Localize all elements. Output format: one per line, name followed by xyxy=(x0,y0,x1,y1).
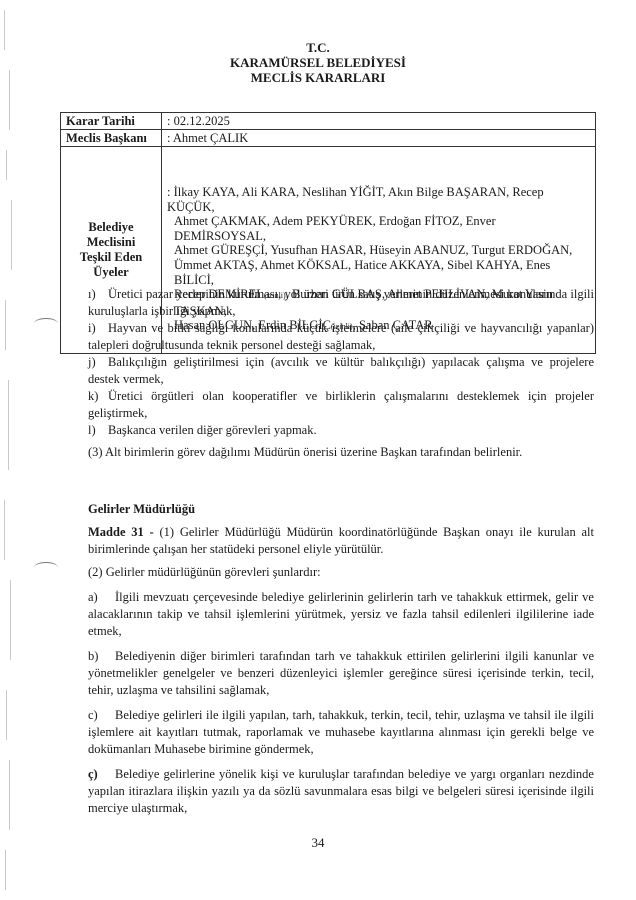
list-marker: ç) xyxy=(88,766,115,783)
members-line: : İlkay KAYA, Ali KARA, Neslihan YİĞİT, … xyxy=(167,185,590,214)
list-marker: b) xyxy=(88,648,115,665)
members-label-line: Belediye xyxy=(66,220,156,235)
document-header: T.C. KARAMÜRSEL BELEDİYESİ MECLİS KARARL… xyxy=(0,40,636,85)
section-title: Gelirler Müdürlüğü xyxy=(88,501,594,518)
list-item: i)Hayvan ve bitki sağlığı konularında kü… xyxy=(88,320,594,354)
list-item-text: Üretici örgütleri olan kooperatifler ve … xyxy=(88,389,594,420)
header-line-tc: T.C. xyxy=(0,40,636,55)
members-line: Ümmet AKTAŞ, Ahmet KÖKSAL, Hatice AKKAYA… xyxy=(167,258,590,287)
list-marker: ı) xyxy=(88,286,108,303)
list-item: ç)Belediye gelirlerine yönelik kişi ve k… xyxy=(88,766,594,817)
members-label-line: Üyeler xyxy=(66,265,156,280)
page-number: 34 xyxy=(0,835,636,851)
list-item-text: Belediye gelirleri ile ilgili yapılan, t… xyxy=(88,708,594,756)
list-marker: j) xyxy=(88,354,108,371)
members-line: Ahmet GÜREŞÇİ, Yusufhan HASAR, Hüseyin A… xyxy=(167,243,590,258)
table-row: Karar Tarihi : 02.12.2025 xyxy=(61,113,596,130)
council-president-label: Meclis Başkanı xyxy=(61,130,162,147)
list-marker: c) xyxy=(88,707,115,724)
list-item-text: İlgili mevzuatı çerçevesinde belediye ge… xyxy=(88,590,594,638)
header-council-decisions: MECLİS KARARLARI xyxy=(0,70,636,85)
members-label-line: Teşkil Eden xyxy=(66,250,156,265)
members-label-line: Meclisini xyxy=(66,235,156,250)
council-president-value: : Ahmet ÇALIK xyxy=(162,130,596,147)
list-item: a)İlgili mevzuatı çerçevesinde belediye … xyxy=(88,589,594,640)
paragraph-2: (2) Gelirler müdürlüğünün görevleri şunl… xyxy=(88,564,594,581)
list-marker: i) xyxy=(88,320,108,337)
list-item: c)Belediye gelirleri ile ilgili yapılan,… xyxy=(88,707,594,758)
list-marker: l) xyxy=(88,422,108,439)
list-item-text: Balıkçılığın geliştirilmesi için (avcılı… xyxy=(88,355,594,386)
article-text: (1) Gelirler Müdürlüğü Müdürün koordinat… xyxy=(88,525,594,556)
list-item: l)Başkanca verilen diğer görevleri yapma… xyxy=(88,422,594,439)
list-item: b)Belediyenin diğer birimleri tarafından… xyxy=(88,648,594,699)
list-marker: a) xyxy=(88,589,115,606)
hole-punch-mark xyxy=(34,562,58,573)
list-item-text: Üretici pazar yerlerinin kurulması, yol … xyxy=(88,287,594,318)
list-item: ı)Üretici pazar yerlerinin kurulması, yo… xyxy=(88,286,594,320)
hole-punch-mark xyxy=(34,318,58,329)
paragraph-3: (3) Alt birimlerin görev dağılımı Müdürü… xyxy=(88,444,594,461)
header-municipality: KARAMÜRSEL BELEDİYESİ xyxy=(0,55,636,70)
list-item-text: Hayvan ve bitki sağlığı konularında küçü… xyxy=(88,321,594,352)
list-item-text: Belediyenin diğer birimleri tarafından t… xyxy=(88,649,594,697)
list-item: k)Üretici örgütleri olan kooperatifler v… xyxy=(88,388,594,422)
members-line: Ahmet ÇAKMAK, Adem PEKYÜREK, Erdoğan FİT… xyxy=(167,214,590,243)
list-item-text: Belediye gelirlerine yönelik kişi ve kur… xyxy=(88,767,594,815)
document-body: ı)Üretici pazar yerlerinin kurulması, yo… xyxy=(88,286,594,817)
article-label: Madde 31 - xyxy=(88,525,154,539)
decision-date-label: Karar Tarihi xyxy=(61,113,162,130)
list-marker: k) xyxy=(88,388,108,405)
decision-date-value: : 02.12.2025 xyxy=(162,113,596,130)
article-31: Madde 31 - (1) Gelirler Müdürlüğü Müdürü… xyxy=(88,524,594,558)
list-item: j)Balıkçılığın geliştirilmesi için (avcı… xyxy=(88,354,594,388)
list-item-text: Başkanca verilen diğer görevleri yapmak. xyxy=(108,423,317,437)
scan-edge-artifacts xyxy=(0,0,22,900)
table-row: Meclis Başkanı : Ahmet ÇALIK xyxy=(61,130,596,147)
